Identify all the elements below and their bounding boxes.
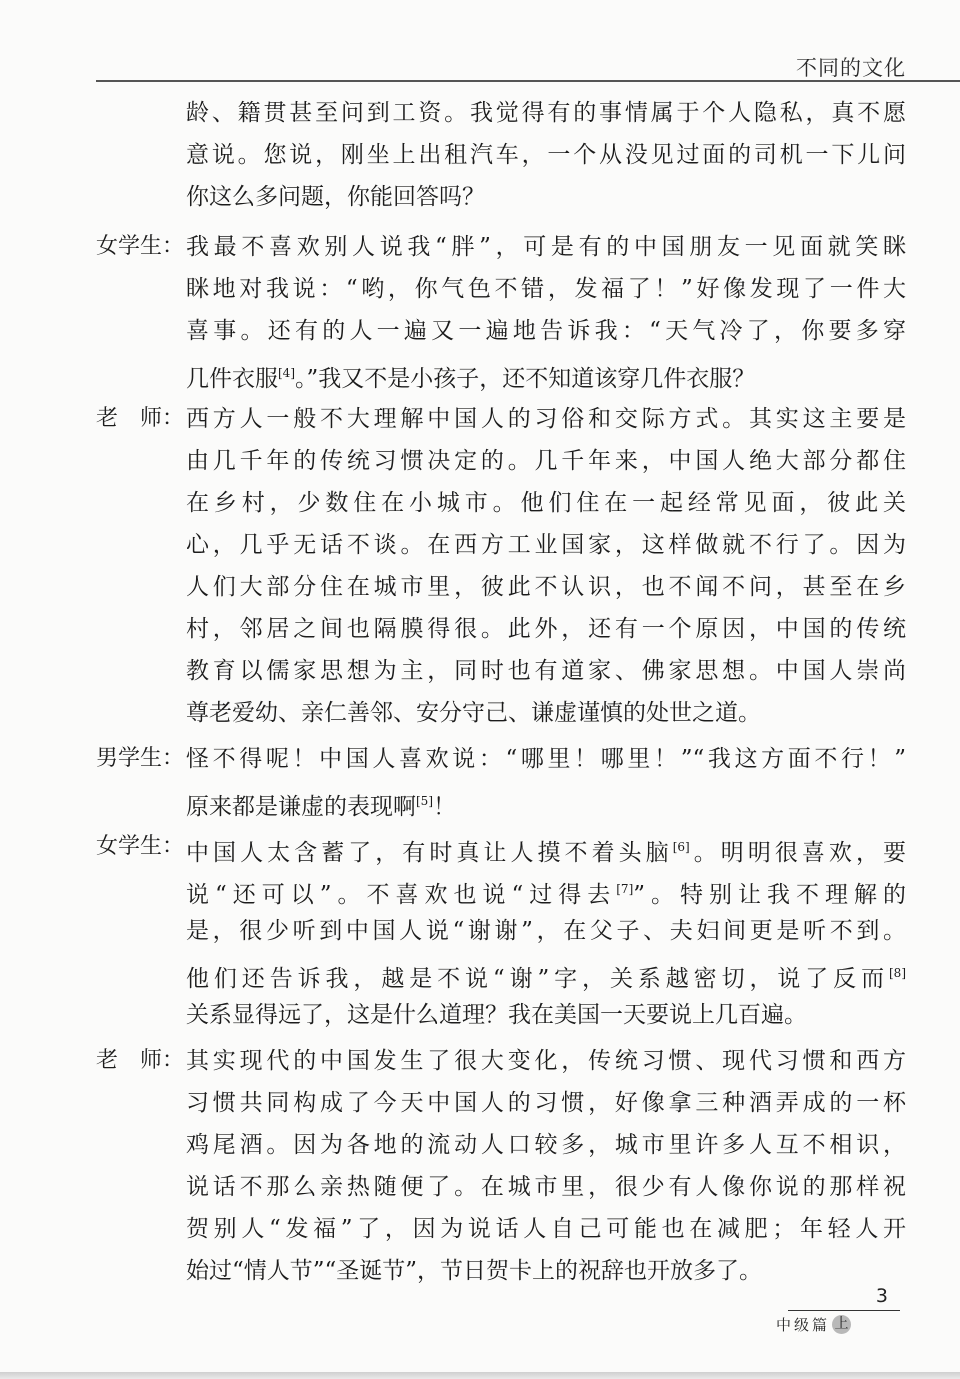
speaker-label: 女学生： [96, 826, 186, 868]
footer-rule [788, 1310, 900, 1311]
line-text: 鸡尾酒。因为各地的流动人口较多，城市里许多人互不相识， [186, 1124, 906, 1166]
text-line: 几件衣服[4]。”我又不是小孩子，还不知道该穿几件衣服？ [0, 352, 960, 394]
text-line: 村，邻居之间也隔膜得很。此外，还有一个原因，中国的传统 [0, 608, 960, 650]
text-line: 男学生：怪不得呢！中国人喜欢说：“哪里！哪里！”“我这方面不行！” [0, 738, 960, 780]
text-line: 龄、籍贯甚至问到工资。我觉得有的事情属于个人隐私，真不愿 [0, 92, 960, 134]
line-text: 始过“情人节”“圣诞节”，节日贺卡上的祝辞也开放多了。 [186, 1250, 906, 1292]
line-text: 眯地对我说：“哟，你气色不错，发福了！”好像发现了一件大 [186, 268, 906, 310]
speaker-label: 女学生： [96, 226, 186, 268]
speaker-label: 老 师： [96, 398, 186, 440]
text-line: 鸡尾酒。因为各地的流动人口较多，城市里许多人互不相识， [0, 1124, 960, 1166]
text-line: 始过“情人节”“圣诞节”，节日贺卡上的祝辞也开放多了。 [0, 1250, 960, 1292]
dialogue-body: 龄、籍贯甚至问到工资。我觉得有的事情属于个人隐私，真不愿意说。您说，刚坐上出租汽… [0, 88, 960, 1292]
line-text: 中国人太含蓄了，有时真让人摸不着头脑[6]。明明很喜欢，要 [186, 826, 906, 874]
line-text: 原来都是谦虚的表现啊[5]！ [186, 780, 906, 828]
line-text: 习惯共同构成了今天中国人的习惯，好像拿三种酒弄成的一杯 [186, 1082, 906, 1124]
line-text: 说“还可以”。不喜欢也说“过得去[7]”。特别让我不理解的 [186, 868, 906, 916]
text-line: 在乡村，少数住在小城市。他们住在一起经常见面，彼此关 [0, 482, 960, 524]
line-text: 尊老爱幼、亲仁善邻、安分守己、谦虚谨慎的处世之道。 [186, 692, 906, 734]
line-text: 喜事。还有的人一遍又一遍地告诉我：“天气冷了，你要多穿 [186, 310, 906, 352]
line-text: 教育以儒家思想为主，同时也有道家、佛家思想。中国人崇尚 [186, 650, 906, 692]
text-line: 喜事。还有的人一遍又一遍地告诉我：“天气冷了，你要多穿 [0, 310, 960, 352]
footnote-marker: [7] [616, 882, 633, 896]
footnote-marker: [6] [673, 840, 690, 854]
footer-book-title: 中级篇 上 [776, 1314, 851, 1335]
book-title: 中级篇 [776, 1314, 830, 1335]
line-text: 其实现代的中国发生了很大变化，传统习惯、现代习惯和西方 [186, 1040, 906, 1082]
dialogue-turn: 女学生：中国人太含蓄了，有时真让人摸不着头脑[6]。明明很喜欢，要说“还可以”。… [0, 826, 960, 1036]
line-text: 龄、籍贯甚至问到工资。我觉得有的事情属于个人隐私，真不愿 [186, 92, 906, 134]
text-line: 尊老爱幼、亲仁善邻、安分守己、谦虚谨慎的处世之道。 [0, 692, 960, 734]
speaker-label: 老 师： [96, 1040, 186, 1082]
line-text: 是，很少听到中国人说“谢谢”，在父子、夫妇间更是听不到。 [186, 910, 906, 952]
text-line: 他们还告诉我，越是不说“谢”字，关系越密切，说了反而[8] [0, 952, 960, 994]
text-line: 关系显得远了，这是什么道理？我在美国一天要说上几百遍。 [0, 994, 960, 1036]
running-header-title: 不同的文化 [796, 52, 906, 82]
line-text: 心，几乎无话不谈。在西方工业国家，这样做就不行了。因为 [186, 524, 906, 566]
line-text: 怪不得呢！中国人喜欢说：“哪里！哪里！”“我这方面不行！” [186, 738, 906, 780]
dialogue-turn: 龄、籍贯甚至问到工资。我觉得有的事情属于个人隐私，真不愿意说。您说，刚坐上出租汽… [0, 92, 960, 218]
footnote-marker: [5] [416, 794, 433, 808]
text-line: 老 师：西方人一般不大理解中国人的习俗和交际方式。其实这主要是 [0, 398, 960, 440]
speaker-label: 男学生： [96, 738, 186, 780]
dialogue-turn: 男学生：怪不得呢！中国人喜欢说：“哪里！哪里！”“我这方面不行！”原来都是谦虚的… [0, 738, 960, 822]
text-line: 说话不那么亲热随便了。在城市里，很少有人像你说的那样祝 [0, 1166, 960, 1208]
text-line: 眯地对我说：“哟，你气色不错，发福了！”好像发现了一件大 [0, 268, 960, 310]
dialogue-turn: 老 师：西方人一般不大理解中国人的习俗和交际方式。其实这主要是由几千年的传统习惯… [0, 398, 960, 734]
page-number: 3 [876, 1285, 888, 1307]
text-line: 由几千年的传统习惯决定的。几千年来，中国人绝大部分都住 [0, 440, 960, 482]
dialogue-turn: 老 师：其实现代的中国发生了很大变化，传统习惯、现代习惯和西方习惯共同构成了今天… [0, 1040, 960, 1292]
line-text: 关系显得远了，这是什么道理？我在美国一天要说上几百遍。 [186, 994, 906, 1036]
line-text: 你这么多问题，你能回答吗？ [186, 176, 906, 218]
line-text: 几件衣服[4]。”我又不是小孩子，还不知道该穿几件衣服？ [186, 352, 906, 400]
text-line: 习惯共同构成了今天中国人的习惯，好像拿三种酒弄成的一杯 [0, 1082, 960, 1124]
line-text: 村，邻居之间也隔膜得很。此外，还有一个原因，中国的传统 [186, 608, 906, 650]
text-line: 原来都是谦虚的表现啊[5]！ [0, 780, 960, 822]
text-line: 说“还可以”。不喜欢也说“过得去[7]”。特别让我不理解的 [0, 868, 960, 910]
footnote-marker: [4] [278, 366, 295, 380]
line-text: 人们大部分住在城市里，彼此不认识，也不闻不问，甚至在乡 [186, 566, 906, 608]
line-text: 意说。您说，刚坐上出租汽车，一个从没见过面的司机一下儿问 [186, 134, 906, 176]
text-line: 女学生：我最不喜欢别人说我“胖”，可是有的中国朋友一见面就笑眯 [0, 226, 960, 268]
text-line: 意说。您说，刚坐上出租汽车，一个从没见过面的司机一下儿问 [0, 134, 960, 176]
line-text: 贺别人“发福”了，因为说话人自己可能也在减肥；年轻人开 [186, 1208, 906, 1250]
volume-badge: 上 [832, 1315, 851, 1334]
text-line: 老 师：其实现代的中国发生了很大变化，传统习惯、现代习惯和西方 [0, 1040, 960, 1082]
text-line: 心，几乎无话不谈。在西方工业国家，这样做就不行了。因为 [0, 524, 960, 566]
text-line: 教育以儒家思想为主，同时也有道家、佛家思想。中国人崇尚 [0, 650, 960, 692]
text-line: 是，很少听到中国人说“谢谢”，在父子、夫妇间更是听不到。 [0, 910, 960, 952]
line-text: 他们还告诉我，越是不说“谢”字，关系越密切，说了反而[8] [186, 952, 906, 1000]
page-edge [0, 1372, 960, 1379]
line-text: 在乡村，少数住在小城市。他们住在一起经常见面，彼此关 [186, 482, 906, 524]
line-text: 说话不那么亲热随便了。在城市里，很少有人像你说的那样祝 [186, 1166, 906, 1208]
text-line: 人们大部分住在城市里，彼此不认识，也不闻不问，甚至在乡 [0, 566, 960, 608]
footnote-marker: [8] [889, 966, 906, 980]
text-line: 你这么多问题，你能回答吗？ [0, 176, 960, 218]
header-rule [96, 80, 960, 82]
line-text: 西方人一般不大理解中国人的习俗和交际方式。其实这主要是 [186, 398, 906, 440]
dialogue-turn: 女学生：我最不喜欢别人说我“胖”，可是有的中国朋友一见面就笑眯眯地对我说：“哟，… [0, 226, 960, 394]
line-text: 我最不喜欢别人说我“胖”，可是有的中国朋友一见面就笑眯 [186, 226, 906, 268]
line-text: 由几千年的传统习惯决定的。几千年来，中国人绝大部分都住 [186, 440, 906, 482]
text-line: 贺别人“发福”了，因为说话人自己可能也在减肥；年轻人开 [0, 1208, 960, 1250]
text-line: 女学生：中国人太含蓄了，有时真让人摸不着头脑[6]。明明很喜欢，要 [0, 826, 960, 868]
